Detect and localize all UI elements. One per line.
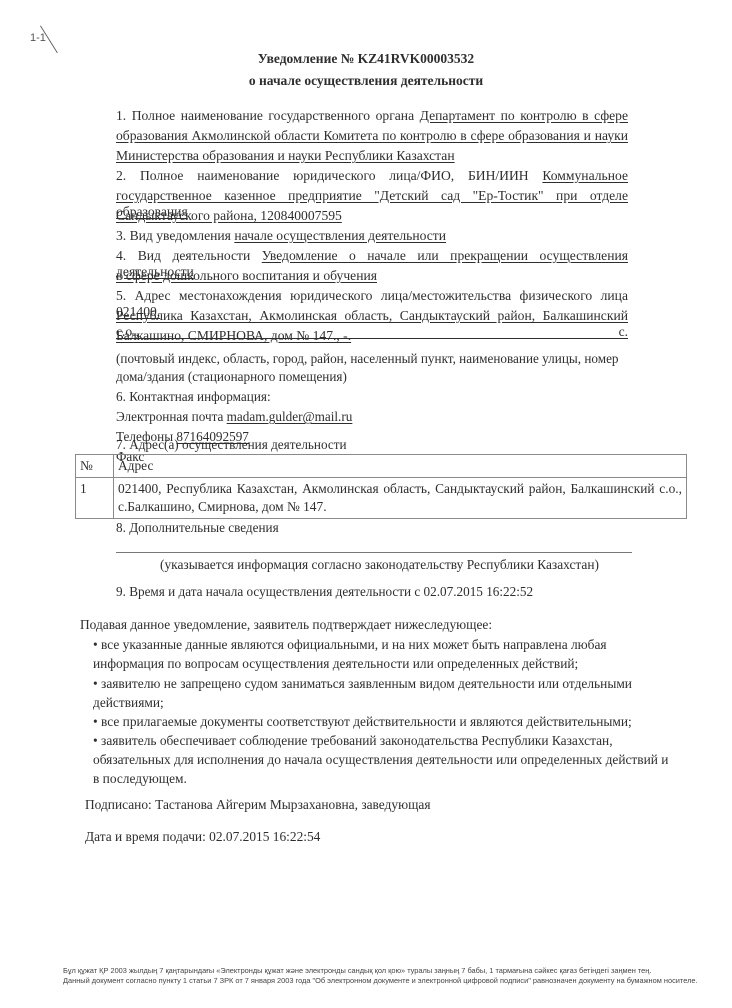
item2-line1: 2. Полное наименование юридического лица… [116,168,628,184]
item1-line1: 1. Полное наименование государственного … [116,108,628,124]
bullet-1-line2: информация по вопросам осуществления дея… [93,656,578,672]
email-link[interactable]: madam.gulder@mail.ru [227,409,353,424]
bullet-2-line1: • заявителю не запрещено судом заниматьс… [93,676,632,692]
document-title: Уведомление № KZ41RVK00003532 [0,51,732,67]
row-address: 021400, Республика Казахстан, Акмолинска… [114,478,687,519]
item6-label: 6. Контактная информация: [116,389,271,405]
item5-hint-2: дома/здания (стационарного помещения) [116,369,347,385]
item5-label: 5. Адрес местонахождения юридического ли… [116,288,628,303]
document-subtitle: о начале осуществления деятельности [0,73,732,89]
item4-value-2: в сфере дошкольного воспитания и обучени… [116,268,377,284]
bullet-1-line1: • все указанные данные являются официаль… [93,637,607,653]
item8-hint: (указывается информация согласно законод… [160,557,599,573]
table-row: 1 021400, Республика Казахстан, Акмолинс… [76,478,687,519]
item3-label: 3. Вид уведомления [116,228,231,243]
email-label: Электронная почта [116,409,223,424]
address-table: № Адрес 1 021400, Республика Казахстан, … [75,454,687,519]
item9-label: 9. Время и дата начала осуществления дея… [116,584,533,600]
item5-hint-1: (почтовый индекс, область, город, район,… [116,351,619,367]
item1-value-1: Департамент по контролю в сфере [420,108,628,123]
item2-label: 2. Полное наименование юридического лица… [116,168,529,183]
column-header-number: № [76,455,114,478]
item8-label: 8. Дополнительные сведения [116,520,279,536]
bullet-4-line2: обязательных для исполнения до начала ос… [93,752,668,768]
item4-label: 4. Вид деятельности [116,248,250,263]
email-row: Электронная почта madam.gulder@mail.ru [116,409,352,425]
page-number: 1-1 [30,32,46,44]
bullet-3-line1: • все прилагаемые документы соответствую… [93,714,632,730]
item1-label: 1. Полное наименование государственного … [116,108,414,123]
item3-line: 3. Вид уведомления начале осуществления … [116,228,446,244]
column-header-address: Адрес [114,455,687,478]
footer-ru: Данный документ согласно пункту 1 статьи… [63,976,698,985]
item3-value: начале осуществления деятельности [234,228,446,243]
bullet-2-line2: действиями; [93,695,164,711]
footer-kz: Бұл құжат ҚР 2003 жылдың 7 қаңтарындағы … [63,966,651,975]
table-header-row: № Адрес [76,455,687,478]
row-address-line1: 021400, Республика Казахстан, Акмолинска… [118,480,682,498]
item2-value-1: Коммунальное [542,168,628,183]
bullet-4-line1: • заявитель обеспечивает соблюдение треб… [93,733,613,749]
signed-by: Подписано: Тастанова Айгерим Мырзахановн… [85,797,431,813]
declaration-intro: Подавая данное уведомление, заявитель по… [80,617,492,633]
row-address-line2: с.Балкашино, Смирнова, дом № 147. [118,498,682,516]
item5-value-3: Балкашино, СМИРНОВА, дом № 147., -. [116,328,351,344]
submission-datetime: Дата и время подачи: 02.07.2015 16:22:54 [85,829,320,845]
item2-value-3: Сандыктауского района, 120840007595 [116,208,342,224]
row-number: 1 [76,478,114,519]
bullet-4-line3: в последующем. [93,771,187,787]
additional-info-line [116,552,632,553]
item1-value-2: образования Акмолинской области Комитета… [116,128,628,144]
item7-label: 7. Адрес(а) осуществления деятельности [116,437,347,453]
item1-value-3: Министерства образования и науки Республ… [116,148,455,164]
